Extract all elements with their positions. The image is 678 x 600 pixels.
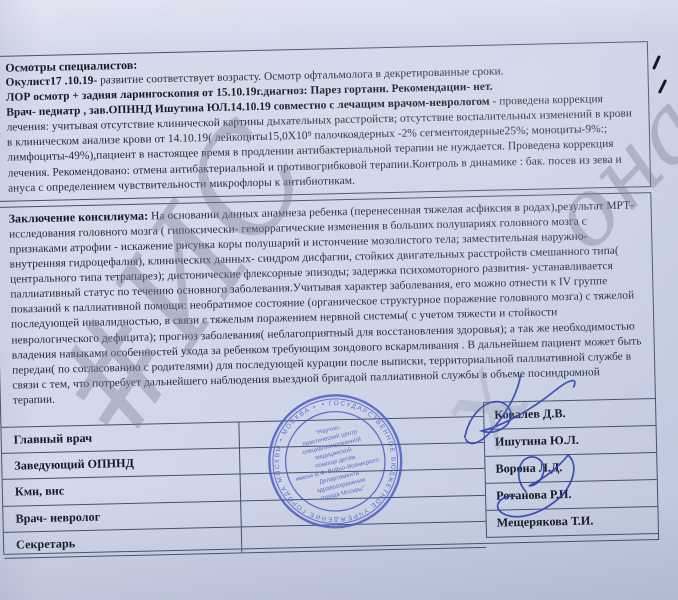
consilium-title: Заключение консилиума: (9, 208, 149, 225)
round-stamp-icon: • ГОСУДАРСТВЕННОЕ БЮДЖЕТНОЕ УЧРЕЖДЕНИЕ Г… (263, 388, 408, 533)
signer-title: Секретарь (4, 527, 243, 558)
photographed-medical-document: { "document": { "section1": { "title": "… (0, 0, 678, 600)
pen-tick-mark (652, 55, 661, 70)
handwritten-signatures (428, 371, 667, 546)
consilium-conclusion-section: Заключение консилиума: На основании данн… (0, 192, 659, 555)
exam-item-oculist-lead: Окулист17 .10.19- (5, 75, 97, 89)
signature-titles-column: Главный врач Заведующий ОПННД Кмн, внс В… (1, 416, 486, 559)
specialist-exams-section: Осмотры специалистов: Окулист17 .10.19- … (0, 41, 651, 202)
exam-item-pediatrician: Врач- педиатр , зав.ОПННД Ишутина ЮЛ.14.… (6, 92, 640, 197)
pen-tick-mark (658, 79, 667, 94)
document-page: Осмотры специалистов: Окулист17 .10.19- … (0, 41, 659, 555)
